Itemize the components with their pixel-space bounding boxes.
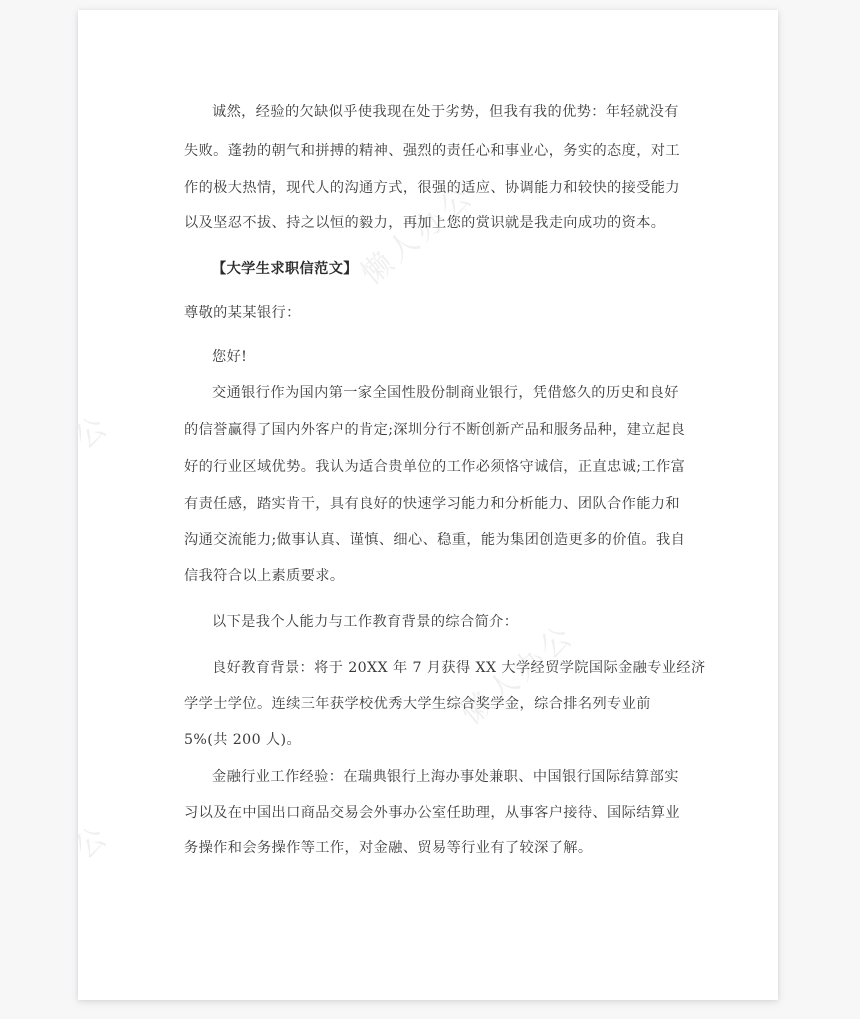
- paragraph-line: 以下是我个人能力与工作教育背景的综合简介：: [212, 612, 518, 632]
- paragraph-line: 好的行业区域优势。我认为适合贵单位的工作必须恪守诚信，正直忠诚;工作富: [184, 457, 685, 477]
- paragraph-line: 的信誉赢得了国内外客户的肯定;深圳分行不断创新产品和服务品种，建立起良: [184, 420, 685, 440]
- paragraph-line: 务操作和会务操作等工作，对金融、贸易等行业有了较深了解。: [184, 838, 592, 858]
- paragraph-line: 作的极大热情，现代人的沟通方式，很强的适应、协调能力和较快的接受能力: [184, 178, 680, 198]
- greeting: 您好!: [212, 347, 247, 367]
- watermark: 懒人办公: [78, 401, 117, 522]
- paragraph-line: 金融行业工作经验：在瑞典银行上海办事处兼职、中国银行国际结算部实: [212, 767, 679, 787]
- paragraph-line: 以及坚忍不拔、持之以恒的毅力，再加上您的赏识就是我走向成功的资本。: [184, 213, 665, 233]
- salutation: 尊敬的某某银行：: [184, 303, 301, 323]
- section-heading: 【大学生求职信范文】: [212, 259, 358, 279]
- paragraph-line: 5%(共 200 人)。: [184, 730, 301, 750]
- watermark: 懒人办公: [770, 781, 778, 902]
- watermark: 懒人办公: [78, 811, 117, 932]
- paragraph-line: 有责任感，踏实肯干，具有良好的快速学习能力和分析能力、团队合作能力和: [184, 494, 680, 514]
- watermark: 懒人办公: [770, 331, 778, 452]
- paragraph-line: 信我符合以上素质要求。: [184, 566, 344, 586]
- paragraph-line: 沟通交流能力;做事认真、谨慎、细心、稳重，能为集团创造更多的价值。我自: [184, 530, 685, 550]
- paragraph-line: 交通银行作为国内第一家全国性股份制商业银行，凭借悠久的历史和良好: [212, 383, 679, 403]
- paragraph-line: 良好教育背景：将于 20XX 年 7 月获得 XX 大学经贸学院国际金融专业经济: [212, 658, 706, 678]
- paragraph-line: 失败。蓬勃的朝气和拼搏的精神、强烈的责任心和事业心，务实的态度，对工: [184, 141, 680, 161]
- document-page: 懒人办公 懒人办公 懒人办公 懒人办公 懒人办公 懒人办公 诚然，经验的欠缺似乎…: [78, 10, 778, 1000]
- paragraph-line: 学学士学位。连续三年获学校优秀大学生综合奖学金，综合排名列专业前: [184, 694, 651, 714]
- paragraph-line: 习以及在中国出口商品交易会外事办公室任助理，从事客户接待、国际结算业: [184, 803, 680, 823]
- paragraph-line: 诚然，经验的欠缺似乎使我现在处于劣势，但我有我的优势：年轻就没有: [212, 102, 679, 122]
